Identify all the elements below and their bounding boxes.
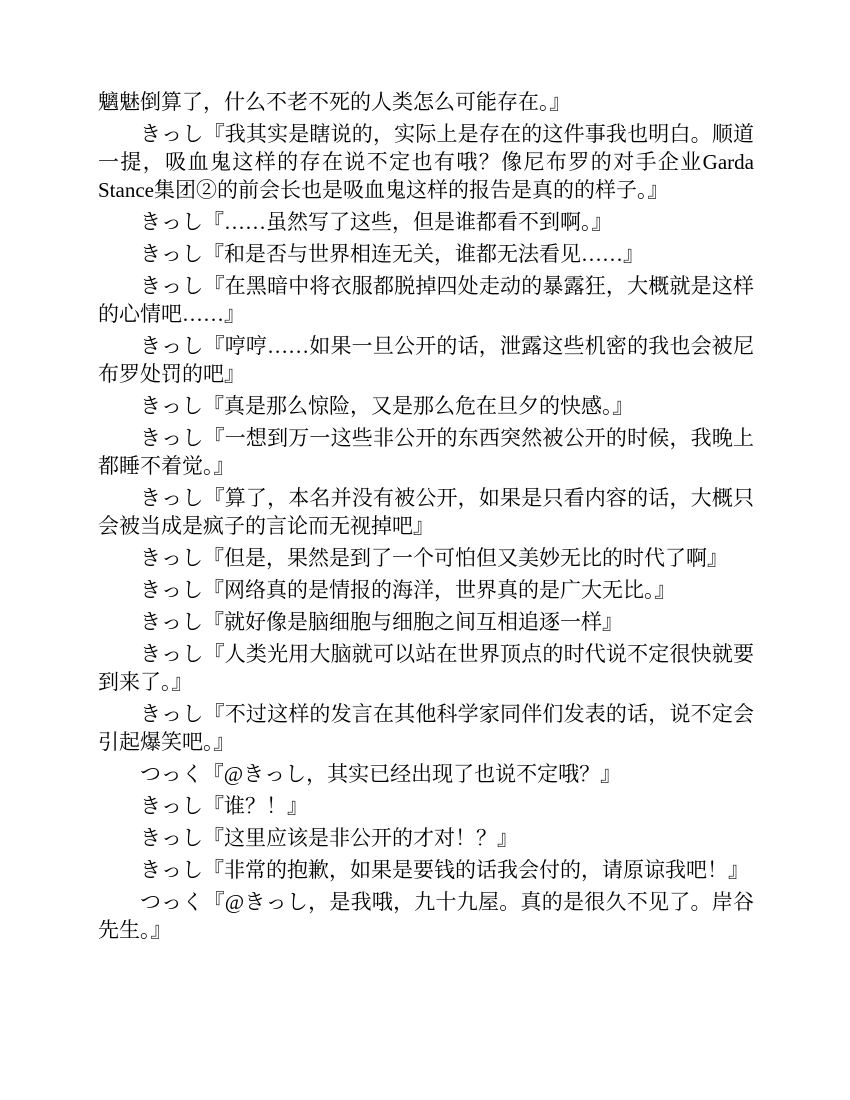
paragraph: つっく『@きっし，是我哦，九十九屋。真的是很久不见了。岸谷先生。』 — [98, 888, 754, 944]
paragraph: きっし『在黑暗中将衣服都脱掉四处走动的暴露狂，大概就是这样的心情吧……』 — [98, 272, 754, 328]
paragraph: きっし『不过这样的发言在其他科学家同伴们发表的话，说不定会引起爆笑吧。』 — [98, 700, 754, 756]
paragraph: 魑魅倒算了，什么不老不死的人类怎么可能存在。』 — [98, 88, 754, 116]
paragraph: きっし『和是否与世界相连无关，谁都无法看见……』 — [98, 240, 754, 268]
paragraph: きっし『一想到万一这些非公开的东西突然被公开的时候，我晚上都睡不着觉。』 — [98, 424, 754, 480]
paragraph: きっし『谁？！』 — [98, 792, 754, 820]
paragraph: きっし『但是，果然是到了一个可怕但又美妙无比的时代了啊』 — [98, 544, 754, 572]
paragraph: きっし『网络真的是情报的海洋，世界真的是广大无比。』 — [98, 576, 754, 604]
paragraph: きっし『这里应该是非公开的才对！？』 — [98, 824, 754, 852]
paragraph: きっし『真是那么惊险，又是那么危在旦夕的快感。』 — [98, 392, 754, 420]
paragraph: きっし『非常的抱歉，如果是要钱的话我会付的，请原谅我吧！』 — [98, 856, 754, 884]
paragraph: きっし『……虽然写了这些，但是谁都看不到啊。』 — [98, 208, 754, 236]
paragraph: きっし『算了，本名并没有被公开，如果是只看内容的话，大概只会被当成是疯子的言论而… — [98, 484, 754, 540]
document-page: 魑魅倒算了，什么不老不死的人类怎么可能存在。』 きっし『我其实是瞎说的，实际上是… — [0, 0, 850, 1100]
text-content: 魑魅倒算了，什么不老不死的人类怎么可能存在。』 きっし『我其实是瞎说的，实际上是… — [98, 88, 754, 948]
paragraph: きっし『人类光用大脑就可以站在世界顶点的时代说不定很快就要到来了。』 — [98, 640, 754, 696]
paragraph: きっし『我其实是瞎说的，实际上是存在的这件事我也明白。顺道一提，吸血鬼这样的存在… — [98, 120, 754, 204]
paragraph: きっし『哼哼……如果一旦公开的话，泄露这些机密的我也会被尼布罗处罚的吧』 — [98, 332, 754, 388]
paragraph: つっく『@きっし，其实已经出现了也说不定哦？』 — [98, 760, 754, 788]
paragraph: きっし『就好像是脑细胞与细胞之间互相追逐一样』 — [98, 608, 754, 636]
